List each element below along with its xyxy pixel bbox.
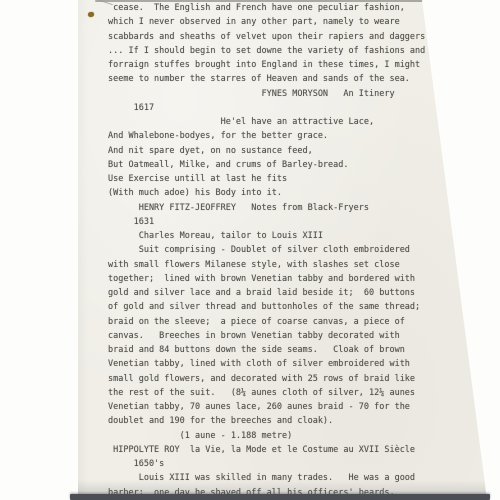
text-line: Use Exercise untill at last he fits: [108, 172, 425, 186]
text-line: seeme to number the starres of Heaven an…: [108, 72, 425, 86]
ink-speck: [88, 12, 94, 17]
text-line: braid on the sleeve; a piece of coarse c…: [108, 315, 425, 329]
scan-viewport: cease. The English and French have one p…: [0, 0, 500, 500]
text-line: (1 aune - 1.188 metre): [108, 429, 425, 443]
text-line: together; lined with brown Venetian tabb…: [108, 272, 425, 286]
text-line: gold and silver lace and a braid laid be…: [108, 286, 425, 300]
text-line: canvas. Breeches in brown Venetian tabby…: [108, 329, 425, 343]
text-line: (With much adoe) his Body into it.: [108, 186, 425, 200]
text-line: small gold flowers, and decorated with 2…: [108, 372, 425, 386]
text-line: 1631: [108, 215, 425, 229]
typewritten-text-block: cease. The English and French have one p…: [108, 1, 425, 500]
text-line: Louis XIII was skilled in many trades. H…: [108, 471, 425, 485]
text-line: Suit comprising - Doublet of silver clot…: [108, 243, 425, 257]
text-line: with small flowers Milanese style, with …: [108, 258, 425, 272]
text-line: 1650's: [108, 457, 425, 471]
text-line: And Whalebone-bodyes, for the better gra…: [108, 129, 425, 143]
text-line: the rest of the suit. (8¼ aunes cloth of…: [108, 386, 425, 400]
text-line: Charles Moreau, tailor to Louis XIII: [108, 229, 425, 243]
text-line: braid and 84 buttons down the side seams…: [108, 343, 425, 357]
text-line: doublet and 190 for the breeches and clo…: [108, 414, 425, 428]
manuscript-page: cease. The English and French have one p…: [78, 0, 487, 500]
text-line: cease. The English and French have one p…: [108, 1, 425, 15]
text-line: Venetian tabby, lined with cloth of silv…: [108, 357, 425, 371]
text-line: scabbards and sheaths of velvet upon the…: [108, 30, 425, 44]
text-line: He'el have an attractive Lace,: [108, 115, 425, 129]
scan-bottom-edge-band: [70, 494, 490, 500]
text-line: HIPPOLYTE ROY la Vie, la Mode et le Cost…: [108, 443, 425, 457]
text-line: 1617: [108, 101, 425, 115]
text-line: HENRY FITZ-JEOFFREY Notes from Black-Fry…: [108, 201, 425, 215]
text-line: FYNES MORYSON An Itinery: [108, 87, 425, 101]
text-line: forraign stuffes brought into England in…: [108, 58, 425, 72]
text-line: But Oatmeall, Milke, and crums of Barley…: [108, 158, 425, 172]
text-line: of gold and silver thread and buttonhole…: [108, 300, 425, 314]
text-line: Venetian tabby, 70 aunes lace, 260 aunes…: [108, 400, 425, 414]
text-line: which I never observed in any other part…: [108, 15, 425, 29]
text-line: ... If I should begin to set downe the v…: [108, 44, 425, 58]
text-line: And nit spare dyet, on no sustance feed,: [108, 144, 425, 158]
